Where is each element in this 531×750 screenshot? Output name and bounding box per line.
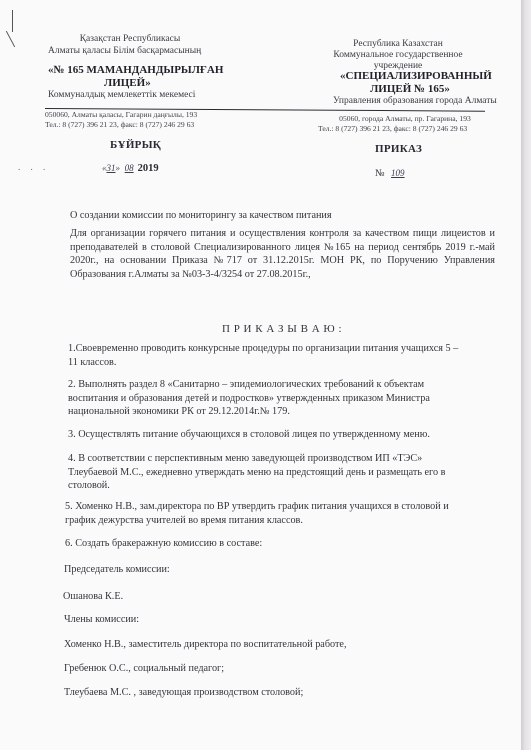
order-number: № 109 bbox=[375, 168, 409, 179]
pen-mark bbox=[6, 31, 15, 47]
date-day: 31 bbox=[107, 163, 116, 173]
commission-members-label: Члены комиссии: bbox=[64, 613, 139, 627]
header-right-phone: Тел.: 8 (727) 396 21 23, факс: 8 (727) 2… bbox=[318, 124, 467, 134]
date-close-quote: » bbox=[116, 163, 121, 173]
date-year: 2019 bbox=[138, 163, 159, 174]
header-right-department: Управления образования города Алматы bbox=[333, 95, 497, 107]
order-number-prefix: № bbox=[375, 168, 385, 179]
commission-member: Хоменко Н.В., заместитель директора по в… bbox=[64, 638, 347, 652]
order-item-1: 1.Своевременно проводить конкурсные проц… bbox=[68, 342, 458, 369]
header-left-country: Қазақстан Республикасы bbox=[45, 33, 215, 45]
order-item-4: 4. В соответствии с перспективным меню з… bbox=[68, 452, 445, 493]
order-title-ru: ПРИКАЗ bbox=[375, 143, 422, 155]
order-title-kz: БҰЙРЫҚ bbox=[110, 139, 161, 151]
commission-member: Гребенюк О.С., социальный педагог; bbox=[64, 662, 224, 676]
commission-chair-label: Председатель комиссии: bbox=[64, 563, 170, 577]
order-preamble: Для организации горячего питания и осуще… bbox=[70, 227, 495, 281]
order-item-6: 6. Создать бракеражную комиссию в состав… bbox=[65, 537, 262, 551]
header-left-address: 050060, Алматы қаласы, Гагарин даңғылы, … bbox=[45, 110, 197, 120]
order-subject: О создании комиссии по мониторингу за ка… bbox=[70, 209, 332, 223]
commission-chair-name: Ошанова К.Е. bbox=[63, 590, 123, 604]
command-heading: П Р И К А З Ы В А Ю : bbox=[222, 323, 342, 335]
header-right-name-line1: «СПЕЦИАЛИЗИРОВАННЫЙ bbox=[340, 70, 490, 83]
document-page: Қазақстан Республикасы Алматы қаласы Біл… bbox=[0, 0, 521, 750]
stray-dots: . . . bbox=[18, 162, 49, 172]
header-left-type: Коммуналдық мемлекеттік мекемесі bbox=[48, 89, 195, 101]
order-item-2: 2. Выполнять раздел 8 «Санитарно – эпиде… bbox=[68, 378, 430, 419]
header-left-phone: Тел.: 8 (727) 396 21 23, факс: 8 (727) 2… bbox=[45, 120, 194, 130]
order-number-value: 109 bbox=[387, 168, 409, 178]
order-item-3: 3. Осуществлять питание обучающихся в ст… bbox=[68, 428, 430, 442]
commission-member: Тлеубаева М.С. , заведующая производство… bbox=[64, 686, 303, 700]
order-date: «31» 082019 bbox=[102, 163, 159, 174]
header-left-name-line1: «№ 165 МАМАНДАНДЫРЫЛҒАН bbox=[48, 64, 223, 77]
header-right-address: 05060, города Алматы, пр. Гагарина, 193 bbox=[320, 114, 490, 124]
order-item-5: 5. Хоменко Н.В., зам.директора по ВР утв… bbox=[65, 500, 449, 527]
scan-edge-shadow bbox=[521, 0, 531, 750]
pen-mark bbox=[12, 10, 13, 32]
header-left-department: Алматы қаласы Білім басқармасының bbox=[48, 45, 201, 57]
